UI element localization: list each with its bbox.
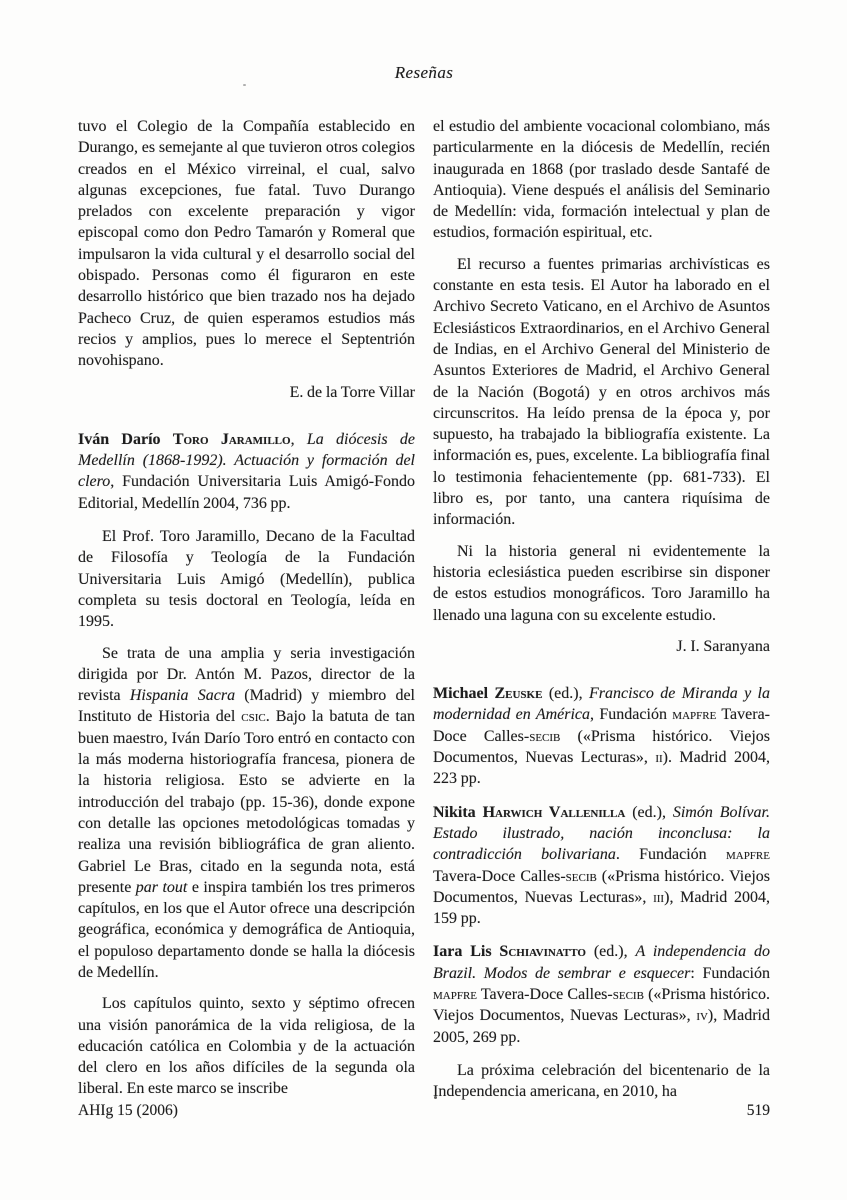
scan-speck bbox=[434, 1096, 437, 1099]
left-column: tuvo el Colegio de la Compañía estableci… bbox=[78, 116, 415, 1110]
signature-saranyana: J. I. Saranyana bbox=[433, 636, 770, 657]
right-column: el estudio del ambiente vocacional colom… bbox=[433, 116, 770, 1112]
page-footer: AHIg 15 (2006) 519 bbox=[78, 1102, 770, 1120]
paragraph-bicentenario: La próxima celebración del bicentenario … bbox=[433, 1060, 770, 1103]
citation-schiavinatto: Iara Lis Schiavinatto (ed.), A independe… bbox=[433, 941, 770, 1047]
document-page: Reseñas tuvo el Colegio de la Compañía e… bbox=[0, 0, 847, 1200]
paragraph-durango-continuation: tuvo el Colegio de la Compañía estableci… bbox=[78, 116, 415, 372]
scan-speck bbox=[243, 84, 246, 86]
paragraph-investigacion: Se trata de una amplia y seria investiga… bbox=[78, 643, 415, 984]
citation-toro-jaramillo: Iván Darío Toro Jaramillo, La diócesis d… bbox=[78, 429, 415, 514]
paragraph-toro-presentacion: El Prof. Toro Jaramillo, Decano de la Fa… bbox=[78, 526, 415, 632]
text-block: tuvo el Colegio de la Compañía estableci… bbox=[78, 116, 770, 1112]
citation-zeuske: Michael Zeuske (ed.), Francisco de Miran… bbox=[433, 683, 770, 789]
paragraph-conclusion: Ni la historia general ni evidentemente … bbox=[433, 541, 770, 626]
page-number: 519 bbox=[747, 1102, 770, 1120]
citation-harwich: Nikita Harwich Vallenilla (ed.), Simón B… bbox=[433, 802, 770, 930]
paragraph-capitulos: Los capítulos quinto, sexto y séptimo of… bbox=[78, 993, 415, 1099]
signature-torre-villar: E. de la Torre Villar bbox=[78, 382, 415, 403]
paragraph-fuentes: El recurso a fuentes primarias archivíst… bbox=[433, 254, 770, 531]
running-head: Reseñas bbox=[78, 63, 770, 83]
paragraph-ambiente-continuation: el estudio del ambiente vocacional colom… bbox=[433, 116, 770, 244]
journal-citation: AHIg 15 (2006) bbox=[78, 1102, 178, 1120]
